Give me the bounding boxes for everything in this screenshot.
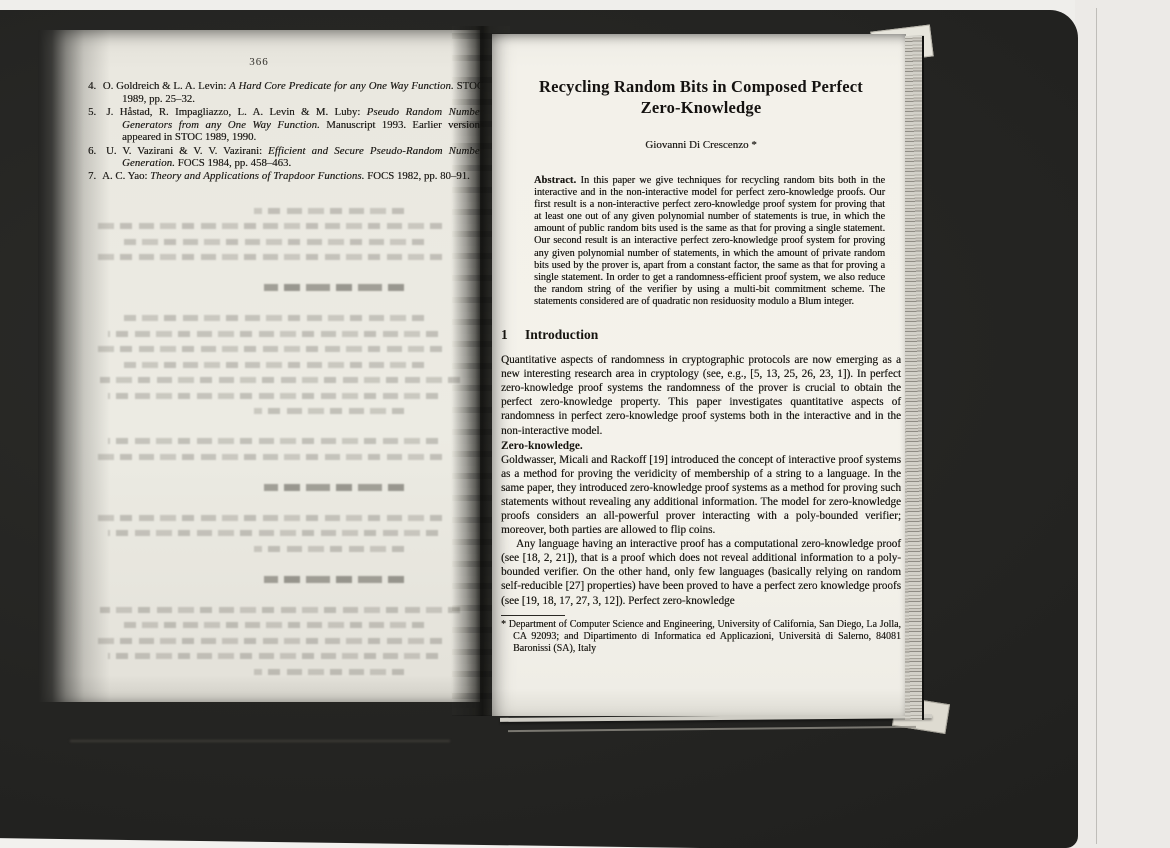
references-list: 4. O. Goldreich & L. A. Levin: A Hard Co… [88,80,484,184]
section-title: Introduction [525,327,598,342]
bleedthrough-line [124,315,424,321]
paper-title: Recycling Random Bits in Composed Perfec… [501,76,901,118]
bleedthrough-line [124,622,424,628]
text-column: Recycling Random Bits in Composed Perfec… [501,34,901,655]
abstract-label: Abstract. [534,175,576,186]
reference-title: A Hard Core Predicate for any One Way Fu… [229,80,454,92]
bleedthrough-line [94,223,442,229]
page-stack-edge-band [905,36,922,720]
reference-item: 4. O. Goldreich & L. A. Levin: A Hard Co… [88,80,484,105]
abstract-block: Abstract. In this paper we give techniqu… [534,175,885,308]
page-number: 366 [38,56,480,68]
reference-number: 7. [88,170,100,183]
reference-number: 5. [88,106,100,119]
bleedthrough-line [254,208,404,214]
bleedthrough-line [108,438,438,444]
paragraph-any-language: Any language having an interactive proof… [501,537,901,607]
bleedthrough-line [100,377,460,383]
bleedthrough-line [100,607,460,613]
scan-bottom-light-leak [0,836,700,848]
reference-number: 6. [88,145,100,158]
reference-authors: A. C. Yao: [100,170,150,182]
reference-item: 5. J. Håstad, R. Impagliazzo, L. A. Levi… [88,106,484,144]
bleedthrough-line [94,346,442,352]
reference-authors: U. V. Vazirani & V. V. Vazirani: [100,145,268,157]
scan-dark-area: 366 4. O. Goldreich & L. A. Levin: A Har… [0,10,1078,848]
author-line: Giovanni Di Crescenzo * [501,139,901,151]
bleedthrough-heading [264,284,404,291]
left-book-page: 366 4. O. Goldreich & L. A. Levin: A Har… [38,30,480,702]
reference-item: 7. A. C. Yao: Theory and Applications of… [88,170,484,183]
bleedthrough-line [108,331,438,337]
paper-title-line2: Zero-Knowledge [501,97,901,118]
bleedthrough-line [108,653,438,659]
bleedthrough-line [94,638,442,644]
copier-edge-line [1096,8,1097,844]
bleedthrough-line [254,546,404,552]
bleedthrough-line [94,454,442,460]
page-stack-edge [70,740,450,742]
bleedthrough-line [254,408,404,414]
bleedthrough-line [108,393,438,399]
bleedthrough-text-region [84,198,476,675]
bleedthrough-line [124,239,424,245]
copier-margin [1075,0,1170,848]
reference-authors: J. Håstad, R. Impagliazzo, L. A. Levin &… [100,106,367,118]
abstract-text: In this paper we give techniques for rec… [534,175,885,307]
paper-title-line1: Recycling Random Bits in Composed Perfec… [501,76,901,97]
section-number: 1 [501,327,525,343]
bleedthrough-line [94,254,442,260]
paragraph-zero-knowledge: Goldwasser, Micali and Rackoff [19] intr… [501,453,901,538]
reference-authors: O. Goldreich & L. A. Levin: [100,80,229,92]
section-heading-introduction: 1Introduction [501,327,901,343]
reference-venue: FOCS 1984, pp. 458–463. [175,157,291,169]
paragraph-intro: Quantitative aspects of randomness in cr… [501,353,901,438]
bleedthrough-line [254,669,404,675]
scanned-book-photocopy: 366 4. O. Goldreich & L. A. Levin: A Har… [0,0,1170,848]
bleedthrough-line [124,362,424,368]
footnote-rule [501,615,565,616]
bleedthrough-line [108,530,438,536]
zero-knowledge-heading: Zero-knowledge. [501,440,901,452]
bleedthrough-heading [264,484,404,491]
bleedthrough-line [94,515,442,521]
right-book-page: Recycling Random Bits in Composed Perfec… [492,34,906,716]
bleedthrough-heading [264,576,404,583]
footnote: * Department of Computer Science and Eng… [501,619,901,656]
footnote-text: Department of Computer Science and Engin… [506,619,901,654]
page-stack-edge [508,726,916,732]
reference-number: 4. [88,80,100,93]
reference-item: 6. U. V. Vazirani & V. V. Vazirani: Effi… [88,145,484,170]
reference-title: Theory and Applications of Trapdoor Func… [150,170,364,182]
